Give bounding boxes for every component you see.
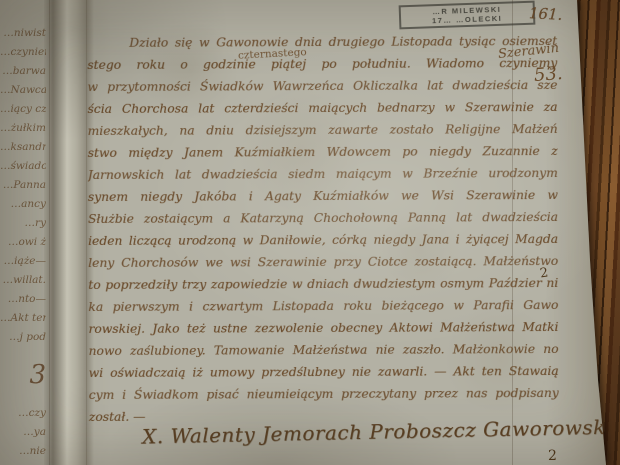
- act-line: ieden liczącą urodzoną w Daniłowie, córk…: [88, 228, 558, 252]
- facing-page-fragment: …owi ż: [0, 233, 46, 252]
- act-line: nowo zaślubioney. Tamowanie Małżeństwa n…: [88, 338, 558, 362]
- facing-page-fragment: …iąże—: [0, 252, 46, 271]
- facing-page-fragment: …ancy: [0, 195, 46, 214]
- facing-page-fragment: …czy: [0, 404, 46, 423]
- facing-page-fragment: …świadczył: [0, 157, 46, 176]
- facing-page-fragment: …Nawca: [0, 81, 46, 100]
- ink-mark-bottom-edge: 2: [548, 448, 557, 464]
- facing-page-fragment: …iący czy: [0, 100, 46, 119]
- facing-page-fragment: …czyniemy: [0, 43, 46, 62]
- act-line: synem niegdy Jakóba i Agaty Kuźmiałków w…: [88, 184, 558, 208]
- facing-page-flourish: 3: [0, 366, 46, 385]
- facing-page-fragment: …nie: [0, 442, 46, 461]
- act-line: rowskiej. Jako też ustne zezwolenie obec…: [88, 316, 558, 340]
- archive-stamp: …R MILEWSKI 17… …OLECKI: [399, 1, 536, 30]
- facing-page-fragment: …żułkim: [0, 119, 46, 138]
- act-line: mieszkałych, na dniu dzisiejszym zawarte…: [88, 118, 558, 142]
- act-line: cym i Świadkom pisać nieumieiącym przecz…: [89, 382, 559, 406]
- act-line: Jarnowskich lat dwadzieścia siedm maiący…: [88, 162, 558, 186]
- act-line: ścia Chorchosa lat czterdzieści maiących…: [87, 96, 557, 120]
- facing-page-fragment: …barwa: [0, 62, 46, 81]
- act-line: stego roku o godzinie piątej po południu…: [87, 52, 557, 76]
- page-wrap: …niwist …czyniemy …barwa …Nawca …iący cz…: [0, 0, 620, 465]
- page-number: 161.: [529, 4, 563, 24]
- facing-page-fragment: …ry: [0, 214, 46, 233]
- facing-page-fragment: …niwist: [0, 24, 46, 43]
- facing-page-text-fragments: …niwist …czyniemy …barwa …Nawca …iący cz…: [0, 24, 46, 461]
- act-line: ka pierwszym i czwartym Listopada roku b…: [88, 294, 558, 318]
- act-line: w przytomności Świadków Wawrzeńca Oklicz…: [87, 74, 557, 98]
- facing-page-fragment: …nto—: [0, 290, 46, 309]
- facing-page-fragment: …j pod: [0, 328, 46, 347]
- act-line: to poprzedziły trzy zapowiedzie w dniach…: [88, 272, 558, 296]
- facing-page-fragment: …Panna: [0, 176, 46, 195]
- act-line: leny Chorchosów we wsi Szerawinie przy C…: [88, 250, 558, 274]
- act-line: Służbie zostaiącym a Katarzyną Chochołow…: [88, 206, 558, 230]
- act-line: Działo się w Gawonowie dnia drugiego Lis…: [87, 30, 557, 54]
- act-line: wi oświadczaią iż umowy przedślubney nie…: [89, 360, 559, 384]
- facing-page-fragment: …ya: [0, 423, 46, 442]
- act-line: stwo między Janem Kuźmiałkiem Wdowcem po…: [88, 140, 558, 164]
- act-text-block: Działo się w Gawonowie dnia drugiego Lis…: [87, 30, 559, 428]
- facing-page-fragment: …willat.: [0, 271, 46, 290]
- facing-page-fragment: …ksandra—: [0, 138, 46, 157]
- facing-page-fragment: …Akt ten: [0, 309, 46, 328]
- register-page: …niwist …czyniemy …barwa …Nawca …iący cz…: [0, 0, 620, 465]
- manuscript-photo: …niwist …czyniemy …barwa …Nawca …iący cz…: [0, 0, 620, 465]
